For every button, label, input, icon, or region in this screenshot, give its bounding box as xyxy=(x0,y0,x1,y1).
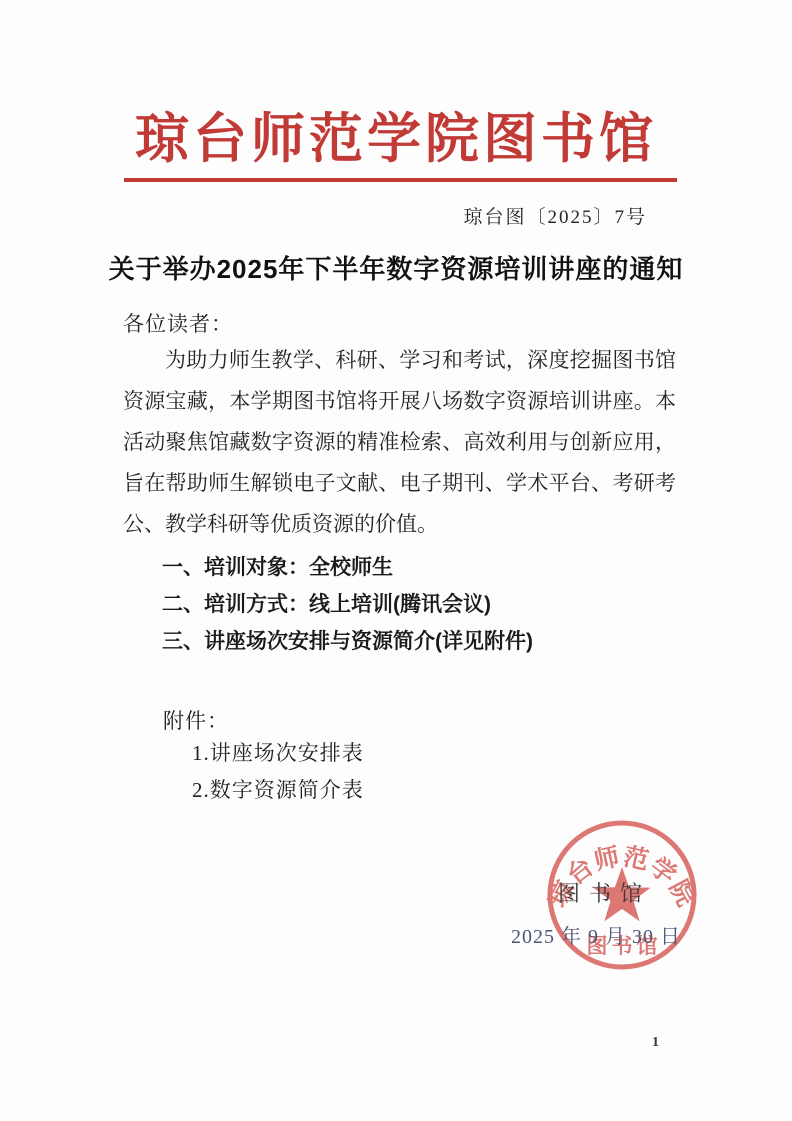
notice-title: 关于举办2025年下半年数字资源培训讲座的通知 xyxy=(0,249,792,286)
numbered-list: 一、培训对象：全校师生 二、培训方式：线上培训(腾讯会议) 三、讲座场次安排与资… xyxy=(162,549,533,660)
list-item-training-target: 一、培训对象：全校师生 xyxy=(162,549,533,586)
salutation: 各位读者： xyxy=(123,308,233,338)
attachment-item-schedule: 1.讲座场次安排表 xyxy=(192,735,364,772)
page-number: 1 xyxy=(652,1035,659,1051)
attachments-list: 1.讲座场次安排表 2.数字资源简介表 xyxy=(192,735,364,809)
body-paragraph: 为助力师生教学、科研、学习和考试，深度挖掘图书馆资源宝藏，本学期图书馆将开展八场… xyxy=(123,340,676,545)
attachments-label: 附件： xyxy=(163,705,229,735)
attachment-item-resources: 2.数字资源简介表 xyxy=(192,772,364,809)
signature-date: 2025 年 9 月 30 日 xyxy=(511,920,681,949)
list-item-training-method: 二、培训方式：线上培训(腾讯会议) xyxy=(162,586,533,623)
letterhead-org-name: 琼台师范学院图书馆 xyxy=(0,96,792,173)
letterhead-divider xyxy=(124,178,677,182)
document-page: 琼台师范学院图书馆 琼台图〔2025〕7号 关于举办2025年下半年数字资源培训… xyxy=(0,0,792,1121)
document-number: 琼台图〔2025〕7号 xyxy=(0,202,647,229)
signature-org: 图书馆 xyxy=(558,877,651,908)
list-item-schedule-intro: 三、讲座场次安排与资源简介(详见附件) xyxy=(162,623,533,660)
